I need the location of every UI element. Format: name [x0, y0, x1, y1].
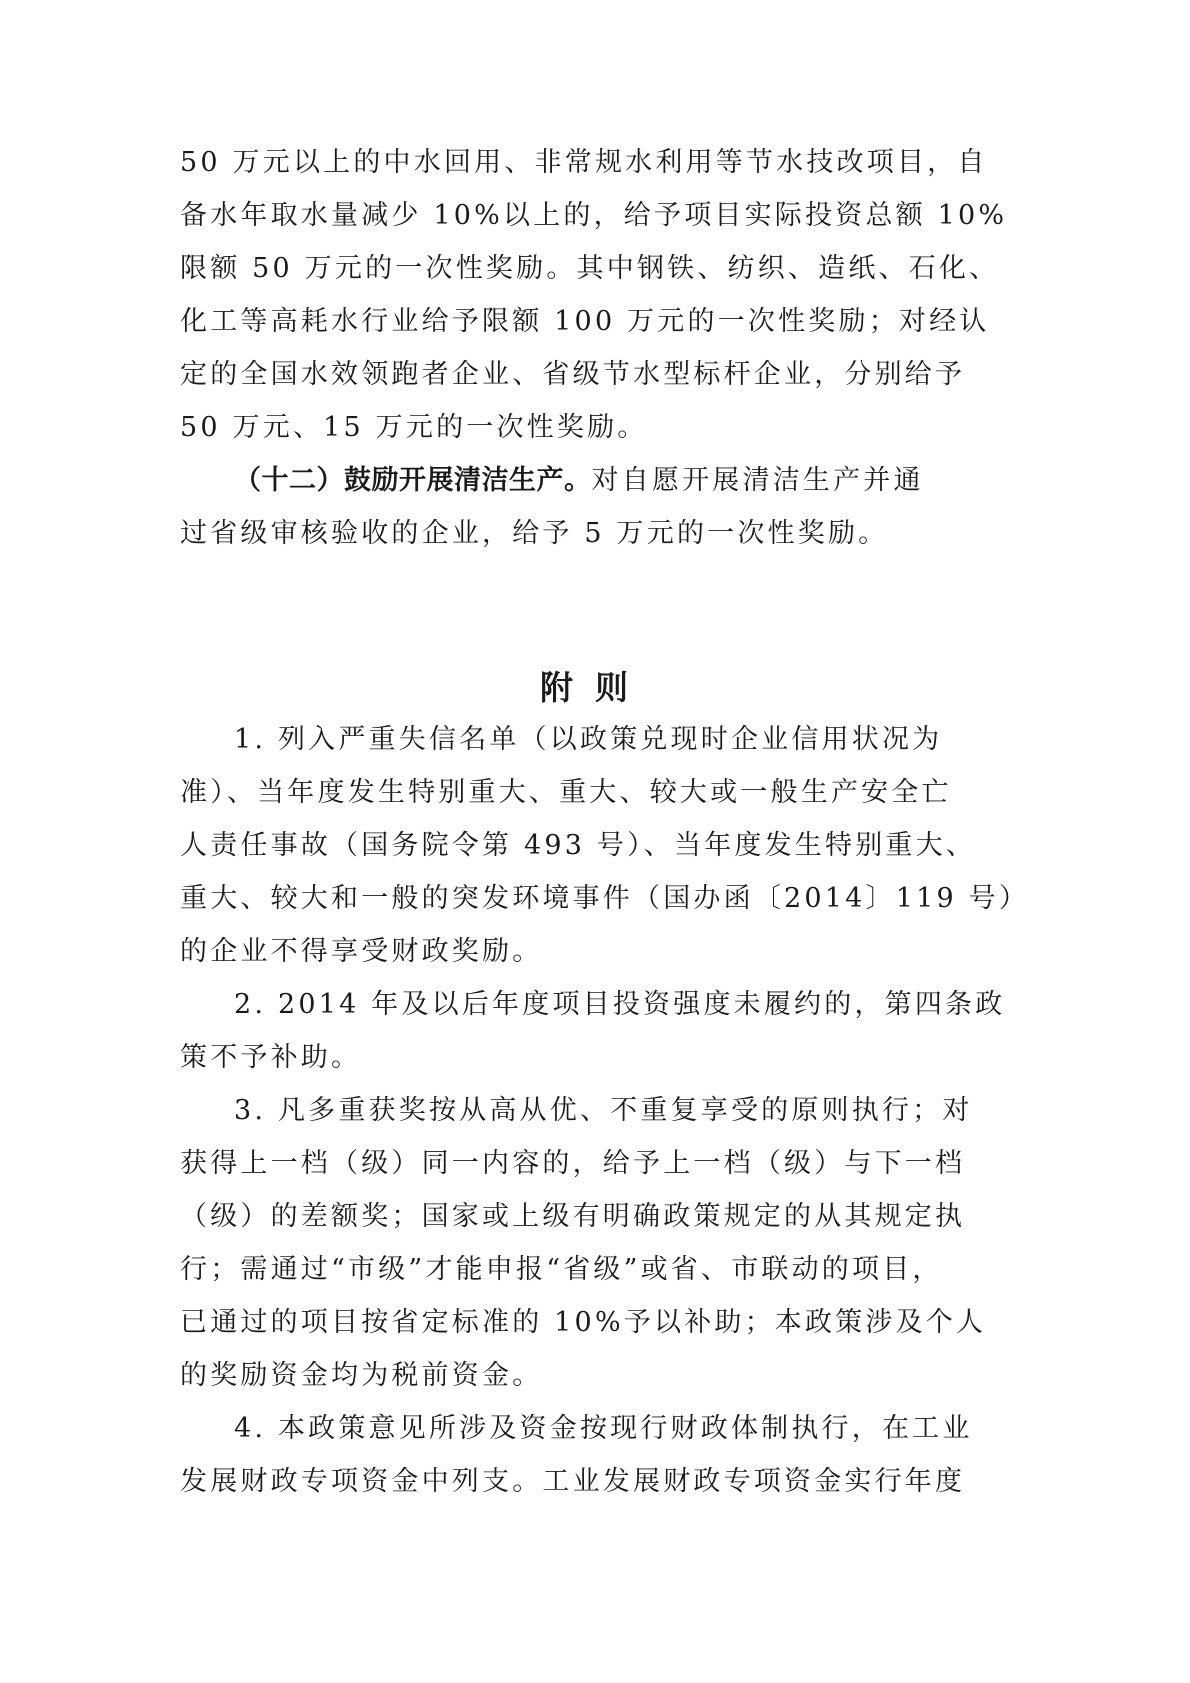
- paragraph-text: 对自愿开展清洁生产并通: [592, 465, 924, 496]
- paragraph-line: 50 万元、15 万元的一次性奖励。: [180, 408, 1010, 448]
- appendix-item-1-line: 的企业不得享受财政奖励。: [180, 932, 1010, 972]
- appendix-item-1-line: 1. 列入严重失信名单（以政策兑现时企业信用状况为: [234, 720, 1064, 760]
- appendix-item-2-line: 2. 2014 年及以后年度项目投资强度未履约的，第四条政: [234, 985, 1064, 1025]
- appendix-item-4-line: 4. 本政策意见所涉及资金按现行财政体制执行，在工业: [234, 1409, 1064, 1449]
- paragraph-line: 备水年取水量减少 10%以上的，给予项目实际投资总额 10%: [180, 196, 1010, 236]
- clean-production-paragraph: （十二）鼓励开展清洁生产。对自愿开展清洁生产并通: [234, 461, 1064, 501]
- appendix-item-3-line: 行；需通过“市级”才能申报“省级”或省、市联动的项目，: [180, 1250, 1010, 1290]
- appendix-title: 附则: [0, 662, 1190, 709]
- appendix-item-1-line: 准）、当年度发生特别重大、重大、较大或一般生产安全亡: [180, 773, 1010, 813]
- paragraph-line: 50 万元以上的中水回用、非常规水利用等节水技改项目，自: [180, 143, 1010, 183]
- paragraph-line: 过省级审核验收的企业，给予 5 万元的一次性奖励。: [180, 514, 1010, 554]
- appendix-item-1-line: 人责任事故（国务院令第 493 号）、当年度发生特别重大、: [180, 826, 1010, 866]
- paragraph-line: 限额 50 万元的一次性奖励。其中钢铁、纺织、造纸、石化、: [180, 249, 1010, 289]
- appendix-item-3-line: 获得上一档（级）同一内容的，给予上一档（级）与下一档: [180, 1144, 1010, 1184]
- document-page: 50 万元以上的中水回用、非常规水利用等节水技改项目，自 备水年取水量减少 10…: [0, 0, 1190, 1683]
- appendix-item-3-line: 已通过的项目按省定标准的 10%予以补助；本政策涉及个人: [180, 1303, 1010, 1343]
- paragraph-line: 定的全国水效领跑者企业、省级节水型标杆企业，分别给予: [180, 355, 1010, 395]
- appendix-item-3-line: （级）的差额奖；国家或上级有明确政策规定的从其规定执: [180, 1197, 1010, 1237]
- paragraph-line: 化工等高耗水行业给予限额 100 万元的一次性奖励；对经认: [180, 302, 1010, 342]
- appendix-item-3-line: 的奖励资金均为税前资金。: [180, 1356, 1010, 1396]
- appendix-item-1-line: 重大、较大和一般的突发环境事件（国办函〔2014〕119 号）: [180, 879, 1010, 919]
- section-heading: （十二）鼓励开展清洁生产。: [234, 465, 592, 496]
- appendix-item-3-line: 3. 凡多重获奖按从高从优、不重复享受的原则执行；对: [234, 1091, 1064, 1131]
- appendix-item-2-line: 策不予补助。: [180, 1038, 1010, 1078]
- appendix-item-4-line: 发展财政专项资金中列支。工业发展财政专项资金实行年度: [180, 1462, 1010, 1502]
